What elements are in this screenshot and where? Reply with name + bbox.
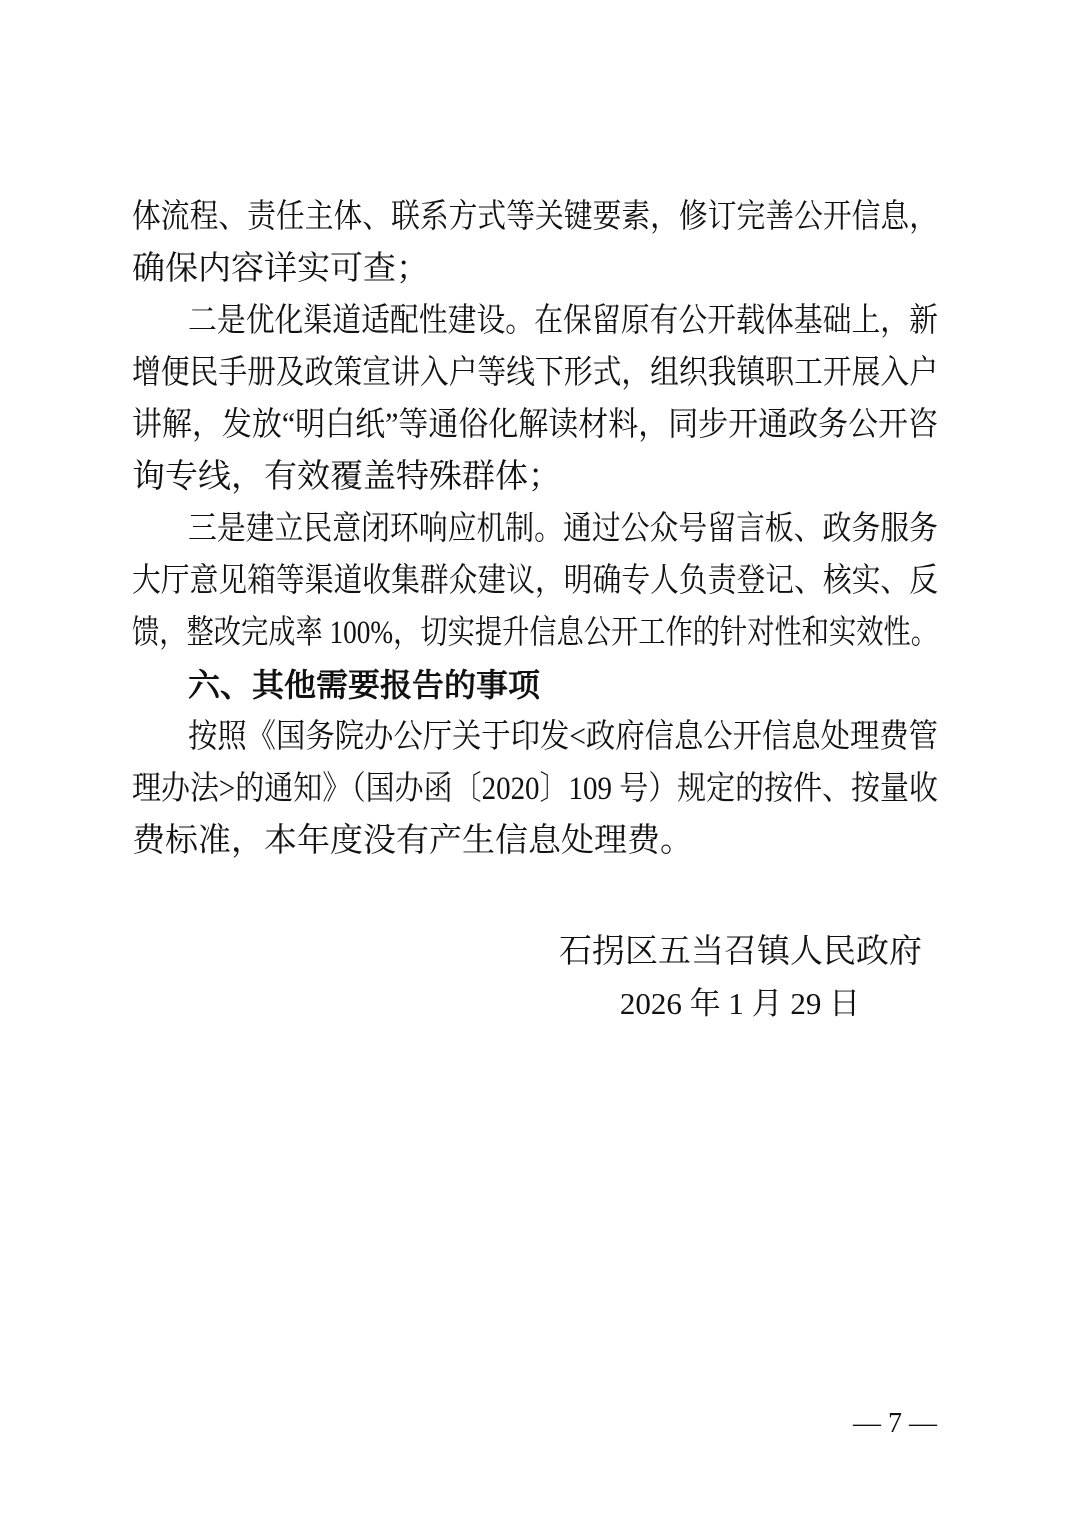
document-line: 二是优化渠道适配性建设。在保留原有公开载体基础上，新 xyxy=(132,295,938,347)
line-text: 体流程、责任主体、联系方式等关键要素，修订完善公开信息， xyxy=(132,191,938,243)
document-line: 询专线，有效覆盖特殊群体； xyxy=(132,451,938,503)
line-text: 按照《国务院办公厅关于印发<政府信息公开信息处理费管 xyxy=(188,711,938,763)
document-body: 体流程、责任主体、联系方式等关键要素，修订完善公开信息， 确保内容详实可查； 二… xyxy=(132,191,938,867)
line-text: 三是建立民意闭环响应机制。通过公众号留言板、政务服务 xyxy=(188,503,938,555)
document-line: 大厅意见箱等渠道收集群众建议，明确专人负责登记、核实、反 xyxy=(132,555,938,607)
section-heading-text: 六、其他需要报告的事项 xyxy=(188,659,540,711)
line-text: 理办法>的通知》（国办函〔2020〕109 号）规定的按件、按量收 xyxy=(132,763,938,815)
page-number: — 7 — xyxy=(840,1402,950,1446)
signature-date: 2026 年 1 月 29 日 xyxy=(559,978,921,1030)
line-text: 二是优化渠道适配性建设。在保留原有公开载体基础上，新 xyxy=(188,295,938,347)
document-page: 体流程、责任主体、联系方式等关键要素，修订完善公开信息， 确保内容详实可查； 二… xyxy=(0,0,1074,1520)
line-text: 讲解，发放“明白纸”等通俗化解读材料，同步开通政务公开咨 xyxy=(132,399,938,451)
line-text: 增便民手册及政策宣讲入户等线下形式，组织我镇职工开展入户 xyxy=(132,347,938,399)
document-line: 体流程、责任主体、联系方式等关键要素，修订完善公开信息， xyxy=(132,191,938,243)
document-line: 按照《国务院办公厅关于印发<政府信息公开信息处理费管 xyxy=(132,711,938,763)
line-text: 馈，整改完成率 100%，切实提升信息公开工作的针对性和实效性。 xyxy=(132,607,938,659)
signature-organization: 石拐区五当召镇人民政府 xyxy=(559,926,921,978)
document-line: 三是建立民意闭环响应机制。通过公众号留言板、政务服务 xyxy=(132,503,938,555)
line-text: 询专线，有效覆盖特殊群体； xyxy=(132,451,561,503)
signature-block: 石拐区五当召镇人民政府 2026 年 1 月 29 日 xyxy=(559,926,921,1030)
document-line: 确保内容详实可查； xyxy=(132,243,938,295)
document-line: 讲解，发放“明白纸”等通俗化解读材料，同步开通政务公开咨 xyxy=(132,399,938,451)
section-heading: 六、其他需要报告的事项 xyxy=(132,659,938,711)
document-line: 费标准，本年度没有产生信息处理费。 xyxy=(132,815,938,867)
line-text: 确保内容详实可查； xyxy=(132,243,429,295)
document-line: 增便民手册及政策宣讲入户等线下形式，组织我镇职工开展入户 xyxy=(132,347,938,399)
document-line: 馈，整改完成率 100%，切实提升信息公开工作的针对性和实效性。 xyxy=(132,607,938,659)
line-text: 费标准，本年度没有产生信息处理费。 xyxy=(132,815,693,867)
line-text: 大厅意见箱等渠道收集群众建议，明确专人负责登记、核实、反 xyxy=(132,555,938,607)
document-line: 理办法>的通知》（国办函〔2020〕109 号）规定的按件、按量收 xyxy=(132,763,938,815)
